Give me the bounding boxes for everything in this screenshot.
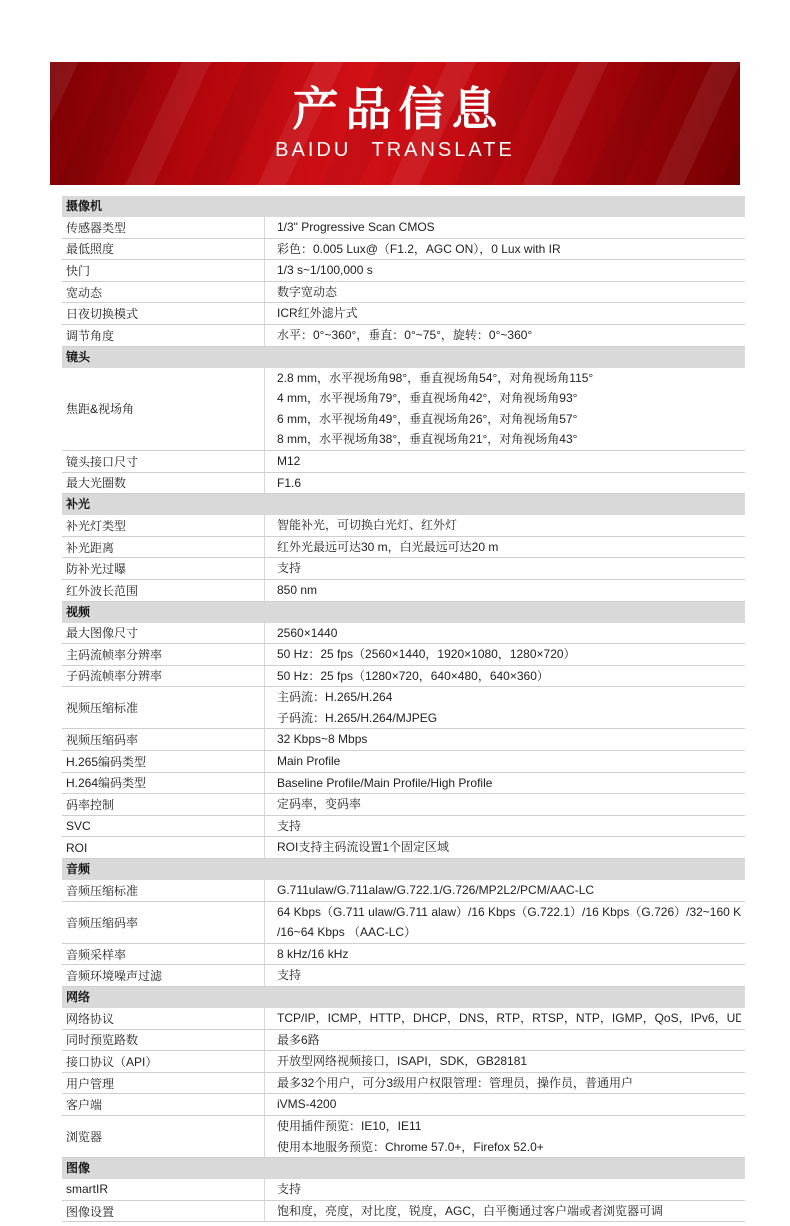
spec-row: 补光灯类型智能补光，可切换白光灯、红外灯 xyxy=(62,515,745,537)
spec-label: 用户管理 xyxy=(62,1073,265,1094)
spec-value: 1/3" Progressive Scan CMOS xyxy=(265,217,745,238)
spec-label: 焦距&视场角 xyxy=(62,368,265,450)
spec-value-line: 支持 xyxy=(277,558,741,579)
spec-row: 快门1/3 s~1/100,000 s xyxy=(62,260,745,282)
spec-value: 使用插件预览：IE10，IE11使用本地服务预览：Chrome 57.0+，Fi… xyxy=(265,1116,745,1157)
spec-value: 最多6路 xyxy=(265,1030,745,1051)
spec-value-line: 子码流：H.265/H.264/MJPEG xyxy=(277,708,741,729)
spec-row: 码率控制定码率，变码率 xyxy=(62,794,745,816)
spec-value: 2560×1440 xyxy=(265,623,745,644)
spec-value: ROI支持主码流设置1个固定区域 xyxy=(265,837,745,858)
product-info-banner: 产品信息 BAIDU TRANSLATE xyxy=(50,62,740,185)
spec-value: 彩色：0.005 Lux@（F1.2，AGC ON），0 Lux with IR xyxy=(265,239,745,260)
spec-label: 接口协议（API） xyxy=(62,1051,265,1072)
spec-value-line: 1/3" Progressive Scan CMOS xyxy=(277,217,741,238)
spec-value-line: 50 Hz：25 fps（1280×720，640×480，640×360） xyxy=(277,666,741,687)
spec-label: 快门 xyxy=(62,260,265,281)
spec-value: 50 Hz：25 fps（1280×720，640×480，640×360） xyxy=(265,666,745,687)
spec-value-line: iVMS-4200 xyxy=(277,1094,741,1115)
spec-row: 最大光圈数F1.6 xyxy=(62,473,745,495)
section-header-row: 网络 xyxy=(62,987,745,1008)
spec-label: 音频压缩标准 xyxy=(62,880,265,901)
spec-row: 日夜切换模式ICR红外滤片式 xyxy=(62,303,745,325)
spec-row: SVC支持 xyxy=(62,816,745,838)
spec-value-line: 2560×1440 xyxy=(277,623,741,644)
section-header-row: 视频 xyxy=(62,602,745,623)
spec-label: 传感器类型 xyxy=(62,217,265,238)
spec-value-line: 最多32个用户，可分3级用户权限管理：管理员，操作员，普通用户 xyxy=(277,1073,741,1094)
spec-value-line: 64 Kbps（G.711 ulaw/G.711 alaw）/16 Kbps（G… xyxy=(277,902,741,923)
spec-label: 视频压缩标准 xyxy=(62,687,265,728)
spec-row: 音频采样率8 kHz/16 kHz xyxy=(62,944,745,966)
spec-row: 接口协议（API）开放型网络视频接口，ISAPI，SDK，GB28181 xyxy=(62,1051,745,1073)
spec-row: 红外波长范围850 nm xyxy=(62,580,745,602)
spec-row: 视频压缩码率32 Kbps~8 Mbps xyxy=(62,729,745,751)
spec-row: H.264编码类型Baseline Profile/Main Profile/H… xyxy=(62,773,745,795)
spec-label: SVC xyxy=(62,816,265,837)
spec-label: 最低照度 xyxy=(62,239,265,260)
spec-row: 焦距&视场角2.8 mm，水平视场角98°，垂直视场角54°，对角视场角115°… xyxy=(62,368,745,451)
spec-label: 镜头接口尺寸 xyxy=(62,451,265,472)
spec-value-line: /16~64 Kbps （AAC-LC） xyxy=(277,922,741,943)
spec-row: 补光距离红外光最远可达30 m，白光最远可达20 m xyxy=(62,537,745,559)
spec-value: 智能补光，可切换白光灯、红外灯 xyxy=(265,515,745,536)
spec-row: 传感器类型1/3" Progressive Scan CMOS xyxy=(62,217,745,239)
spec-value: 2.8 mm，水平视场角98°，垂直视场角54°，对角视场角115°4 mm，水… xyxy=(265,368,745,450)
spec-row: 同时预览路数最多6路 xyxy=(62,1030,745,1052)
spec-value: Main Profile xyxy=(265,751,745,772)
spec-row: 客户端iVMS-4200 xyxy=(62,1094,745,1116)
spec-label: 视频压缩码率 xyxy=(62,729,265,750)
spec-row: 音频压缩码率64 Kbps（G.711 ulaw/G.711 alaw）/16 … xyxy=(62,902,745,944)
spec-value-line: 50 Hz：25 fps（2560×1440，1920×1080，1280×72… xyxy=(277,644,741,665)
spec-row: smartIR支持 xyxy=(62,1179,745,1201)
spec-value: 饱和度，亮度，对比度，锐度，AGC，白平衡通过客户端或者浏览器可调 xyxy=(265,1201,745,1222)
spec-value-line: TCP/IP，ICMP，HTTP，DHCP，DNS，RTP，RTSP，NTP，I… xyxy=(277,1008,741,1029)
spec-label: 主码流帧率分辨率 xyxy=(62,644,265,665)
spec-label: 浏览器 xyxy=(62,1116,265,1157)
spec-value-line: 32 Kbps~8 Mbps xyxy=(277,729,741,750)
spec-value: 水平：0°~360°，垂直：0°~75°，旋转：0°~360° xyxy=(265,325,745,346)
spec-label: 码率控制 xyxy=(62,794,265,815)
spec-row: ROIROI支持主码流设置1个固定区域 xyxy=(62,837,745,859)
spec-row: 宽动态数字宽动态 xyxy=(62,282,745,304)
spec-value: Baseline Profile/Main Profile/High Profi… xyxy=(265,773,745,794)
spec-value-line: M12 xyxy=(277,451,741,472)
spec-value-line: 数字宽动态 xyxy=(277,282,741,303)
spec-value-line: 支持 xyxy=(277,816,741,837)
spec-value: G.711ulaw/G.711alaw/G.722.1/G.726/MP2L2/… xyxy=(265,880,745,901)
spec-value: 主码流：H.265/H.264子码流：H.265/H.264/MJPEG xyxy=(265,687,745,728)
spec-row: H.265编码类型Main Profile xyxy=(62,751,745,773)
spec-label: 图像设置 xyxy=(62,1201,265,1222)
spec-label: 补光距离 xyxy=(62,537,265,558)
spec-row: 子码流帧率分辨率50 Hz：25 fps（1280×720，640×480，64… xyxy=(62,666,745,688)
section-header-row: 图像 xyxy=(62,1158,745,1179)
spec-row: 图像设置饱和度，亮度，对比度，锐度，AGC，白平衡通过客户端或者浏览器可调 xyxy=(62,1201,745,1223)
spec-label: 日夜切换模式 xyxy=(62,303,265,324)
spec-value-line: 支持 xyxy=(277,1179,741,1200)
spec-value: 最多32个用户，可分3级用户权限管理：管理员，操作员，普通用户 xyxy=(265,1073,745,1094)
spec-value-line: 饱和度，亮度，对比度，锐度，AGC，白平衡通过客户端或者浏览器可调 xyxy=(277,1201,741,1222)
spec-value-line: 1/3 s~1/100,000 s xyxy=(277,260,741,281)
spec-row: 浏览器使用插件预览：IE10，IE11使用本地服务预览：Chrome 57.0+… xyxy=(62,1116,745,1158)
section-header-row: 摄像机 xyxy=(62,196,745,217)
spec-value: 定码率，变码率 xyxy=(265,794,745,815)
spec-label: 子码流帧率分辨率 xyxy=(62,666,265,687)
spec-value: TCP/IP，ICMP，HTTP，DHCP，DNS，RTP，RTSP，NTP，I… xyxy=(265,1008,745,1029)
spec-row: 网络协议TCP/IP，ICMP，HTTP，DHCP，DNS，RTP，RTSP，N… xyxy=(62,1008,745,1030)
spec-value: 50 Hz：25 fps（2560×1440，1920×1080，1280×72… xyxy=(265,644,745,665)
spec-row: 主码流帧率分辨率50 Hz：25 fps（2560×1440，1920×1080… xyxy=(62,644,745,666)
spec-value-line: Main Profile xyxy=(277,751,741,772)
spec-value-line: ROI支持主码流设置1个固定区域 xyxy=(277,837,741,858)
spec-label: smartIR xyxy=(62,1179,265,1200)
spec-value-line: 最多6路 xyxy=(277,1030,741,1051)
spec-label: H.265编码类型 xyxy=(62,751,265,772)
spec-value: 32 Kbps~8 Mbps xyxy=(265,729,745,750)
spec-row: 防补光过曝支持 xyxy=(62,558,745,580)
spec-label: 防补光过曝 xyxy=(62,558,265,579)
spec-label: 音频环境噪声过滤 xyxy=(62,965,265,986)
spec-label: ROI xyxy=(62,837,265,858)
spec-label: 调节角度 xyxy=(62,325,265,346)
section-header-row: 补光 xyxy=(62,494,745,515)
spec-label: 最大光圈数 xyxy=(62,473,265,494)
spec-value-line: 使用本地服务预览：Chrome 57.0+，Firefox 52.0+ xyxy=(277,1137,741,1158)
spec-row: 用户管理最多32个用户，可分3级用户权限管理：管理员，操作员，普通用户 xyxy=(62,1073,745,1095)
spec-value-line: 850 nm xyxy=(277,580,741,601)
spec-value-line: 使用插件预览：IE10，IE11 xyxy=(277,1116,741,1137)
spec-value: F1.6 xyxy=(265,473,745,494)
spec-label: 最大图像尺寸 xyxy=(62,623,265,644)
spec-value-line: 2.8 mm，水平视场角98°，垂直视场角54°，对角视场角115° xyxy=(277,368,741,389)
spec-label: 红外波长范围 xyxy=(62,580,265,601)
spec-label: 音频采样率 xyxy=(62,944,265,965)
spec-value-line: 主码流：H.265/H.264 xyxy=(277,687,741,708)
spec-row: 镜头接口尺寸M12 xyxy=(62,451,745,473)
spec-value-line: 支持 xyxy=(277,965,741,986)
spec-value: 支持 xyxy=(265,816,745,837)
spec-value-line: 8 mm，水平视场角38°，垂直视场角21°，对角视场角43° xyxy=(277,429,741,450)
spec-value-line: 4 mm，水平视场角79°，垂直视场角42°，对角视场角93° xyxy=(277,388,741,409)
spec-value: iVMS-4200 xyxy=(265,1094,745,1115)
spec-value-line: 定码率，变码率 xyxy=(277,794,741,815)
spec-value-line: Baseline Profile/Main Profile/High Profi… xyxy=(277,773,741,794)
spec-label: 同时预览路数 xyxy=(62,1030,265,1051)
spec-value-line: G.711ulaw/G.711alaw/G.722.1/G.726/MP2L2/… xyxy=(277,880,741,901)
spec-value: 1/3 s~1/100,000 s xyxy=(265,260,745,281)
spec-value-line: 智能补光，可切换白光灯、红外灯 xyxy=(277,515,741,536)
spec-value-line: 8 kHz/16 kHz xyxy=(277,944,741,965)
spec-row: 音频压缩标准G.711ulaw/G.711alaw/G.722.1/G.726/… xyxy=(62,880,745,902)
spec-value: 支持 xyxy=(265,965,745,986)
spec-value: 850 nm xyxy=(265,580,745,601)
spec-value-line: 彩色：0.005 Lux@（F1.2，AGC ON），0 Lux with IR xyxy=(277,239,741,260)
banner-title: 产品信息 xyxy=(286,85,505,133)
spec-value-line: 开放型网络视频接口，ISAPI，SDK，GB28181 xyxy=(277,1051,741,1072)
spec-label: 客户端 xyxy=(62,1094,265,1115)
spec-value: 红外光最远可达30 m，白光最远可达20 m xyxy=(265,537,745,558)
spec-value-line: F1.6 xyxy=(277,473,741,494)
banner-subtitle: BAIDU TRANSLATE xyxy=(275,139,515,162)
spec-label: 网络协议 xyxy=(62,1008,265,1029)
spec-value-line: 水平：0°~360°，垂直：0°~75°，旋转：0°~360° xyxy=(277,325,741,346)
spec-value: 64 Kbps（G.711 ulaw/G.711 alaw）/16 Kbps（G… xyxy=(265,902,745,943)
section-header-row: 镜头 xyxy=(62,347,745,368)
spec-label: H.264编码类型 xyxy=(62,773,265,794)
spec-row: 最低照度彩色：0.005 Lux@（F1.2，AGC ON），0 Lux wit… xyxy=(62,239,745,261)
spec-value: ICR红外滤片式 xyxy=(265,303,745,324)
spec-value: 支持 xyxy=(265,1179,745,1200)
spec-row: 最大图像尺寸2560×1440 xyxy=(62,623,745,645)
spec-value-line: 红外光最远可达30 m，白光最远可达20 m xyxy=(277,537,741,558)
spec-value: 8 kHz/16 kHz xyxy=(265,944,745,965)
spec-value: 数字宽动态 xyxy=(265,282,745,303)
spec-table: 摄像机传感器类型1/3" Progressive Scan CMOS最低照度彩色… xyxy=(62,196,745,1222)
spec-value: 支持 xyxy=(265,558,745,579)
spec-row: 视频压缩标准主码流：H.265/H.264子码流：H.265/H.264/MJP… xyxy=(62,687,745,729)
spec-value-line: 6 mm，水平视场角49°，垂直视场角26°，对角视场角57° xyxy=(277,409,741,430)
spec-value-line: ICR红外滤片式 xyxy=(277,303,741,324)
spec-row: 音频环境噪声过滤支持 xyxy=(62,965,745,987)
spec-row: 调节角度水平：0°~360°，垂直：0°~75°，旋转：0°~360° xyxy=(62,325,745,347)
spec-value: 开放型网络视频接口，ISAPI，SDK，GB28181 xyxy=(265,1051,745,1072)
spec-label: 音频压缩码率 xyxy=(62,902,265,943)
spec-value: M12 xyxy=(265,451,745,472)
spec-label: 宽动态 xyxy=(62,282,265,303)
spec-label: 补光灯类型 xyxy=(62,515,265,536)
section-header-row: 音频 xyxy=(62,859,745,880)
